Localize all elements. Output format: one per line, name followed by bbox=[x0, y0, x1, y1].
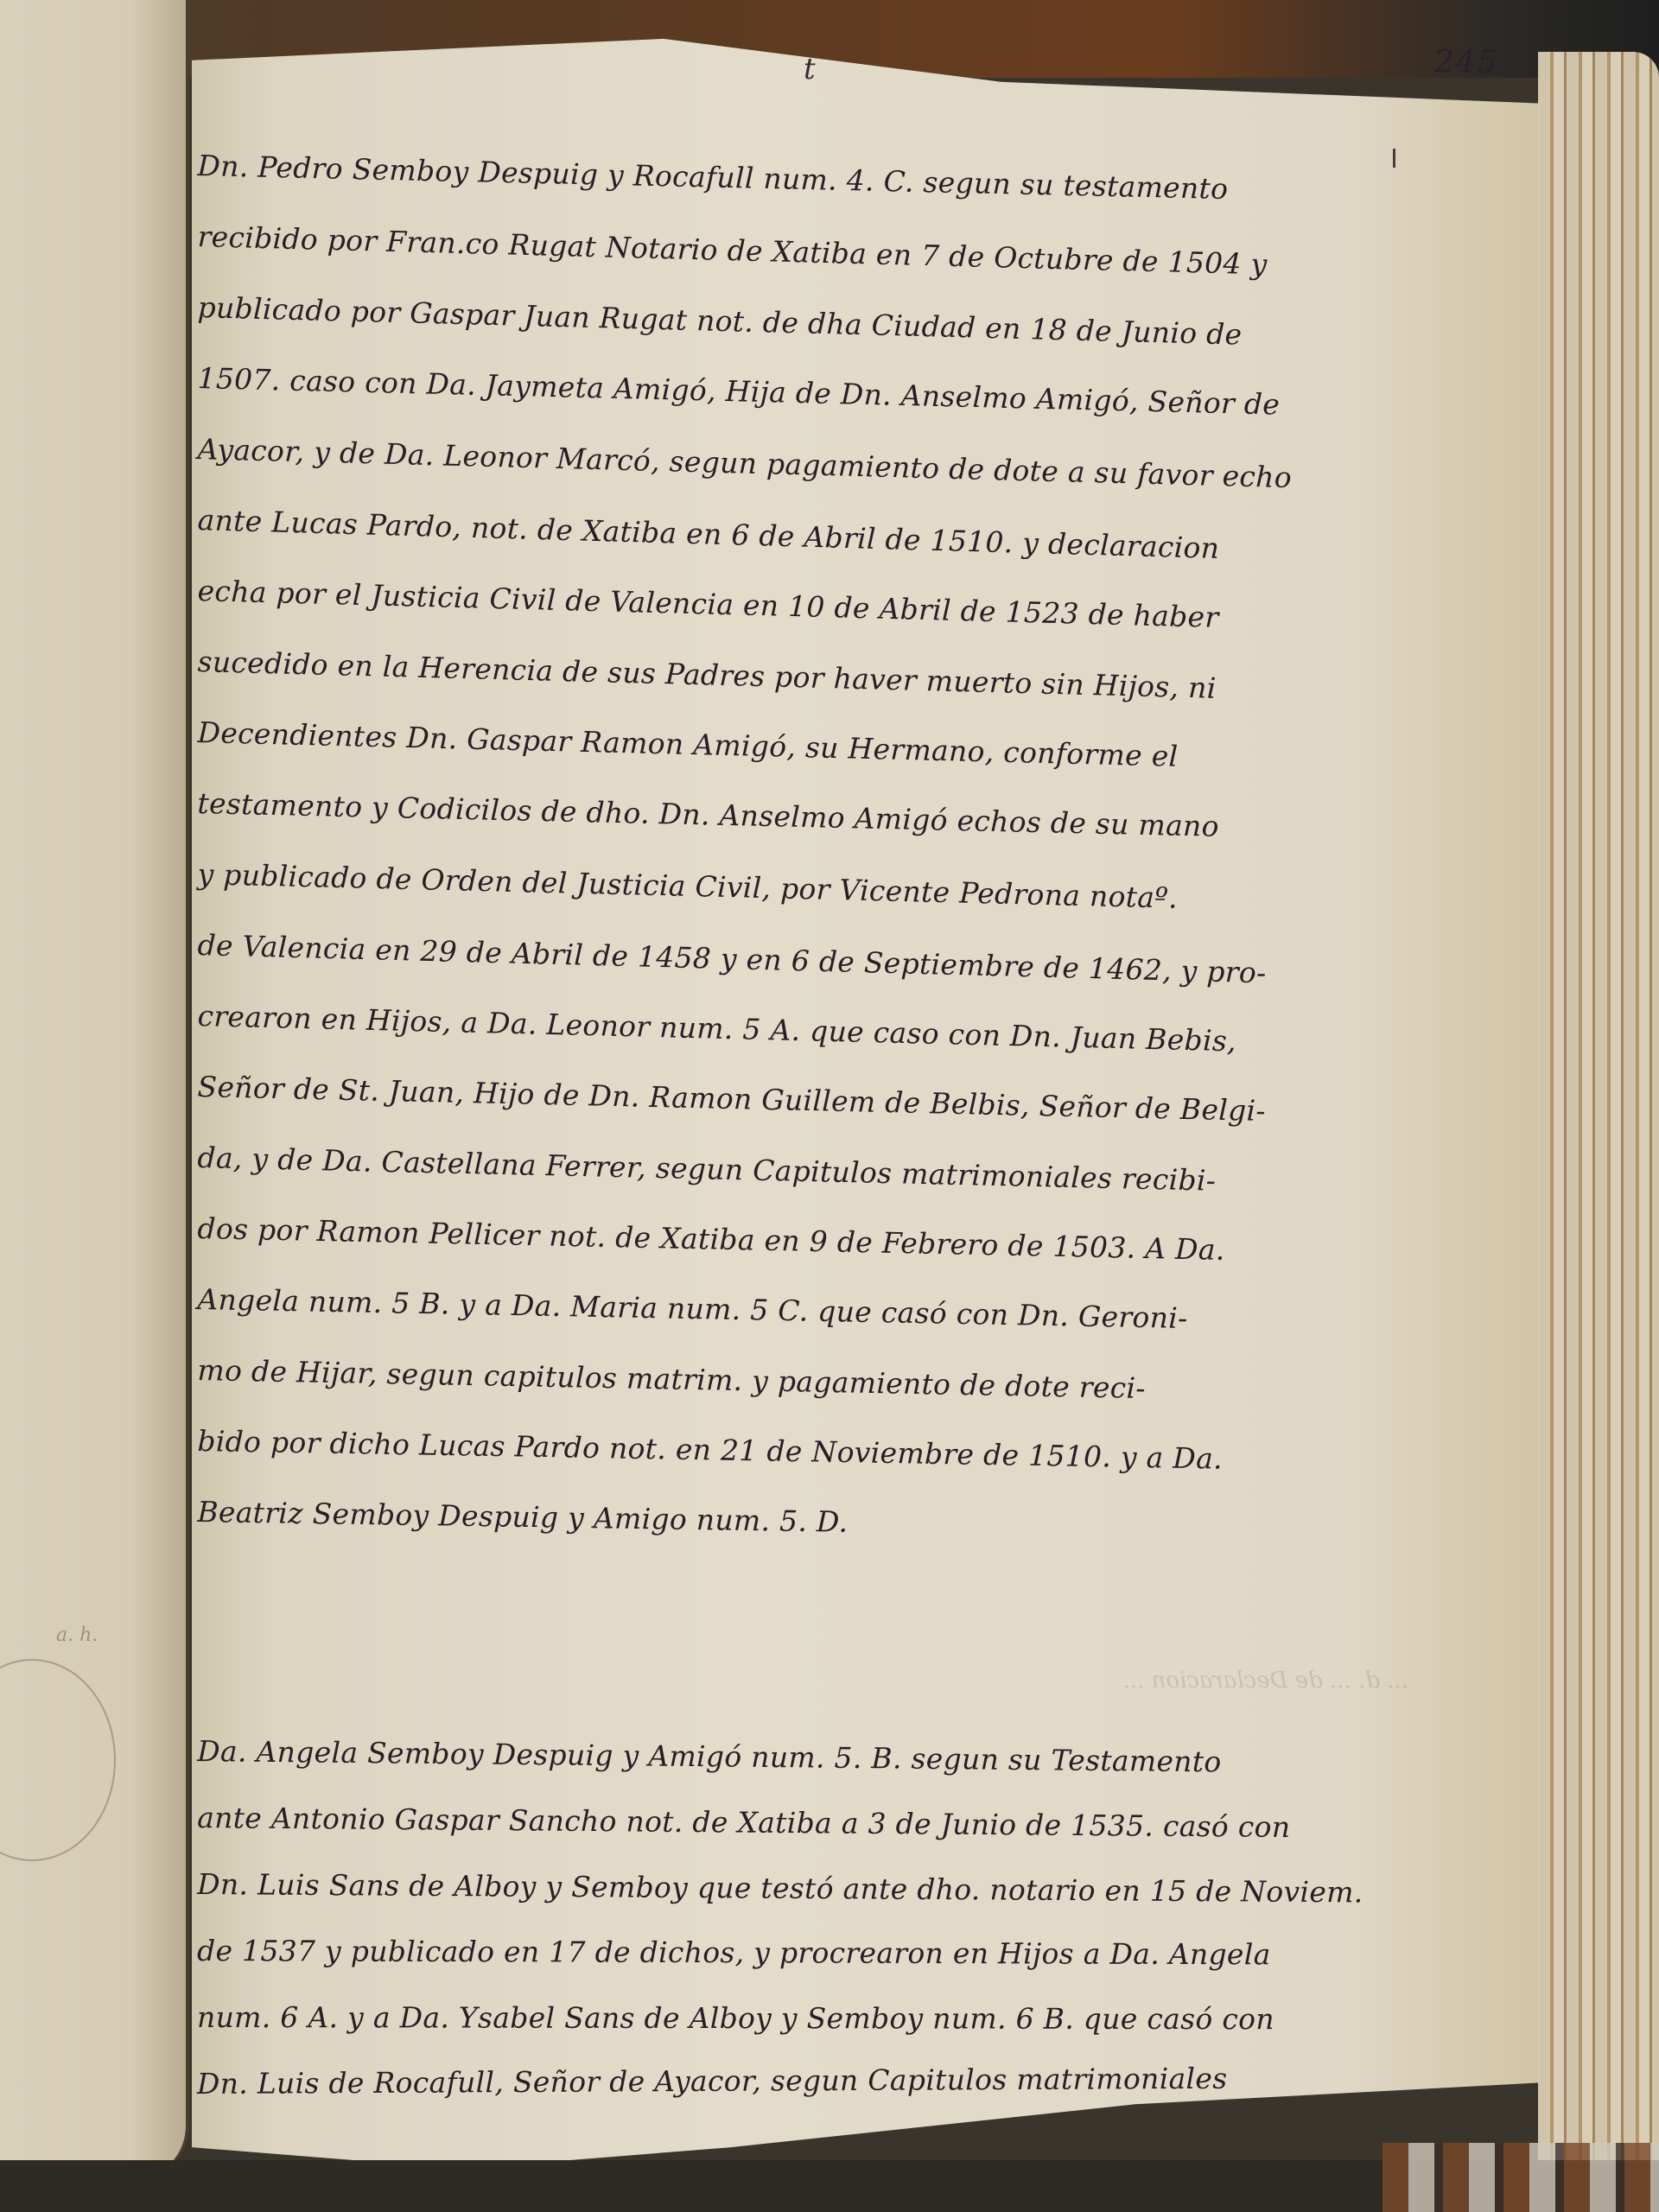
bleed-through-text: ... d. ... de Declaracion ... bbox=[199, 1668, 1408, 1694]
page-marker: t bbox=[804, 52, 816, 86]
folio-number: 245 bbox=[1434, 45, 1499, 80]
text-line: Dn. Luis de Rocafull, Señor de Ayacor, s… bbox=[197, 2063, 1433, 2136]
text-line: de 1537 y publicado en 17 de dichos, y p… bbox=[197, 1936, 1433, 2007]
text-line: num. 6 A. y a Da. Ysabel Sans de Alboy y… bbox=[197, 2003, 1433, 2071]
paragraph-pedro-semboy: Dn. Pedro Semboy Despuig y Rocafull num.… bbox=[197, 151, 1433, 1568]
left-page-stamp-text: a. h. bbox=[56, 1624, 98, 1646]
page-edge-stack bbox=[1538, 52, 1659, 2177]
book-cover-edge bbox=[1382, 2143, 1659, 2212]
paragraph-angela-semboy: Da. Angela Semboy Despuig y Amigó num. 5… bbox=[197, 1737, 1433, 2136]
